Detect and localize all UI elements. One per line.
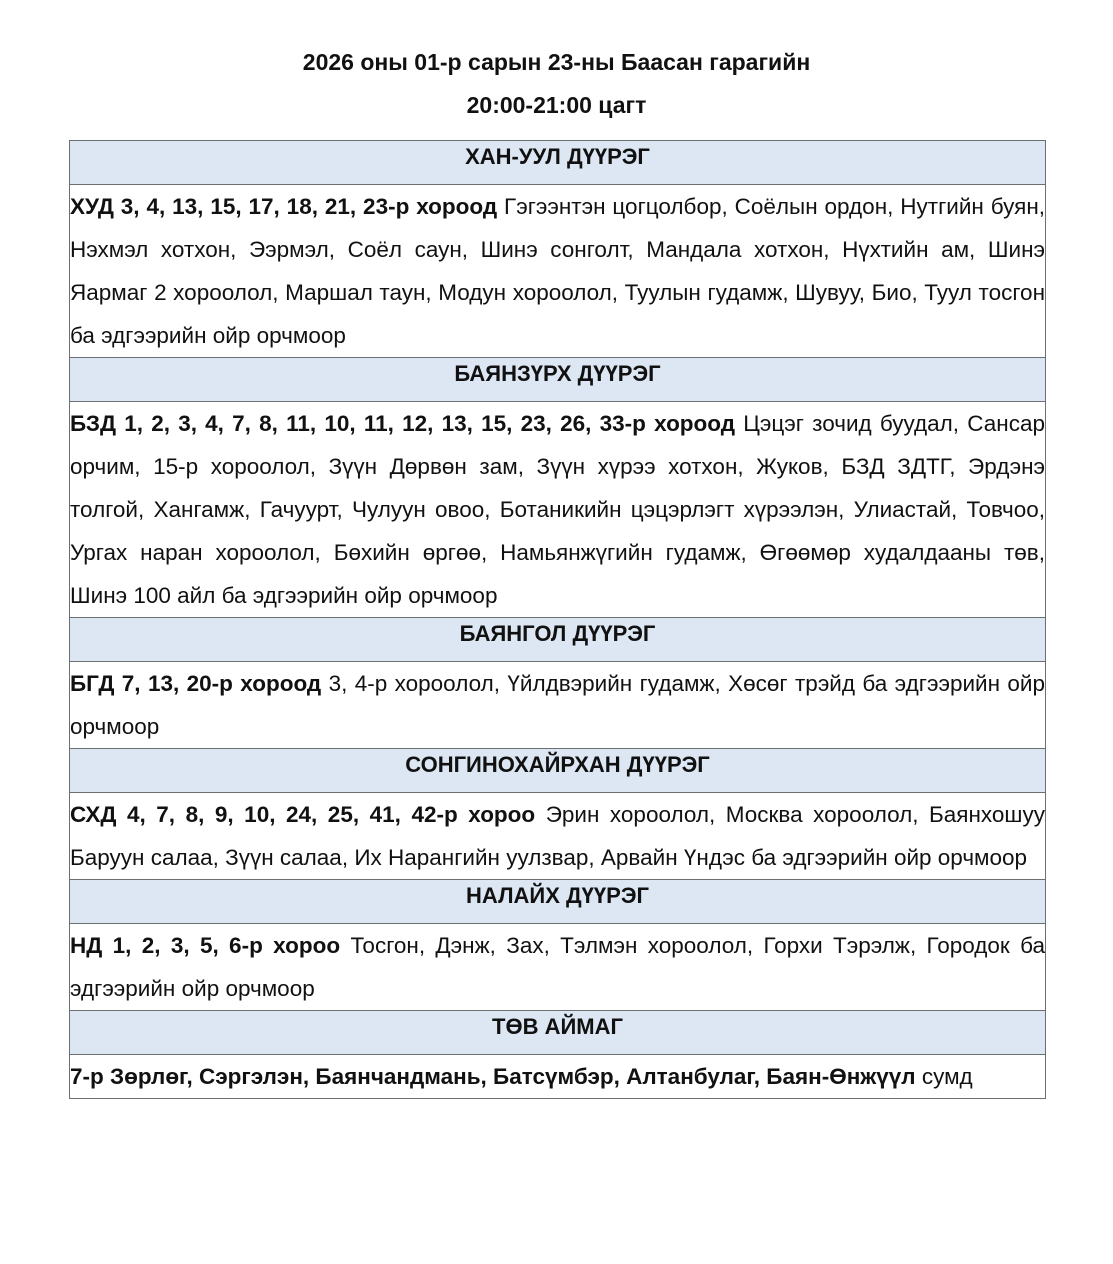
section-body-row: БГД 7, 13, 20-р хороод 3, 4-р хороолол, …: [70, 662, 1046, 749]
district-title: ХАН-УУЛ ДҮҮРЭГ: [70, 141, 1046, 185]
section-header-row: ТӨВ АЙМАГ: [70, 1011, 1046, 1055]
district-areas: БГД 7, 13, 20-р хороод 3, 4-р хороолол, …: [70, 662, 1046, 749]
area-list: Цэцэг зочид буудал, Сансар орчим, 15-р х…: [70, 411, 1045, 608]
section-body-row: БЗД 1, 2, 3, 4, 7, 8, 11, 10, 11, 12, 13…: [70, 402, 1046, 618]
khoroo-list: ХУД 3, 4, 13, 15, 17, 18, 21, 23-р хороо…: [70, 194, 497, 219]
section-header-row: БАЯНЗҮРХ ДҮҮРЭГ: [70, 358, 1046, 402]
document-title: 2026 оны 01-р сарын 23-ны Баасан гарагий…: [0, 49, 1113, 76]
section-header-row: ХАН-УУЛ ДҮҮРЭГ: [70, 141, 1046, 185]
district-areas: СХД 4, 7, 8, 9, 10, 24, 25, 41, 42-р хор…: [70, 793, 1046, 880]
province-title: ТӨВ АЙМАГ: [70, 1011, 1046, 1055]
soum-list: 7-р Зөрлөг, Сэргэлэн, Баянчандмань, Батс…: [70, 1064, 916, 1089]
khoroo-list: БГД 7, 13, 20-р хороод: [70, 671, 321, 696]
district-title: БАЯНЗҮРХ ДҮҮРЭГ: [70, 358, 1046, 402]
section-body-row: 7-р Зөрлөг, Сэргэлэн, Баянчандмань, Батс…: [70, 1055, 1046, 1099]
khoroo-list: НД 1, 2, 3, 5, 6-р хороо: [70, 933, 340, 958]
district-areas: НД 1, 2, 3, 5, 6-р хороо Тосгон, Дэнж, З…: [70, 924, 1046, 1011]
district-areas: ХУД 3, 4, 13, 15, 17, 18, 21, 23-р хороо…: [70, 185, 1046, 358]
outage-schedule-table: ХАН-УУЛ ДҮҮРЭГ ХУД 3, 4, 13, 15, 17, 18,…: [69, 140, 1046, 1099]
section-header-row: СОНГИНОХАЙРХАН ДҮҮРЭГ: [70, 749, 1046, 793]
district-title: БАЯНГОЛ ДҮҮРЭГ: [70, 618, 1046, 662]
khoroo-list: СХД 4, 7, 8, 9, 10, 24, 25, 41, 42-р хор…: [70, 802, 535, 827]
district-areas: БЗД 1, 2, 3, 4, 7, 8, 11, 10, 11, 12, 13…: [70, 402, 1046, 618]
khoroo-list: БЗД 1, 2, 3, 4, 7, 8, 11, 10, 11, 12, 13…: [70, 411, 735, 436]
section-body-row: НД 1, 2, 3, 5, 6-р хороо Тосгон, Дэнж, З…: [70, 924, 1046, 1011]
section-header-row: БАЯНГОЛ ДҮҮРЭГ: [70, 618, 1046, 662]
district-title: НАЛАЙХ ДҮҮРЭГ: [70, 880, 1046, 924]
area-list: сумд: [916, 1064, 973, 1089]
document-time-range: 20:00-21:00 цагт: [0, 92, 1113, 119]
district-title: СОНГИНОХАЙРХАН ДҮҮРЭГ: [70, 749, 1046, 793]
section-header-row: НАЛАЙХ ДҮҮРЭГ: [70, 880, 1046, 924]
section-body-row: ХУД 3, 4, 13, 15, 17, 18, 21, 23-р хороо…: [70, 185, 1046, 358]
province-areas: 7-р Зөрлөг, Сэргэлэн, Баянчандмань, Батс…: [70, 1055, 1046, 1099]
section-body-row: СХД 4, 7, 8, 9, 10, 24, 25, 41, 42-р хор…: [70, 793, 1046, 880]
